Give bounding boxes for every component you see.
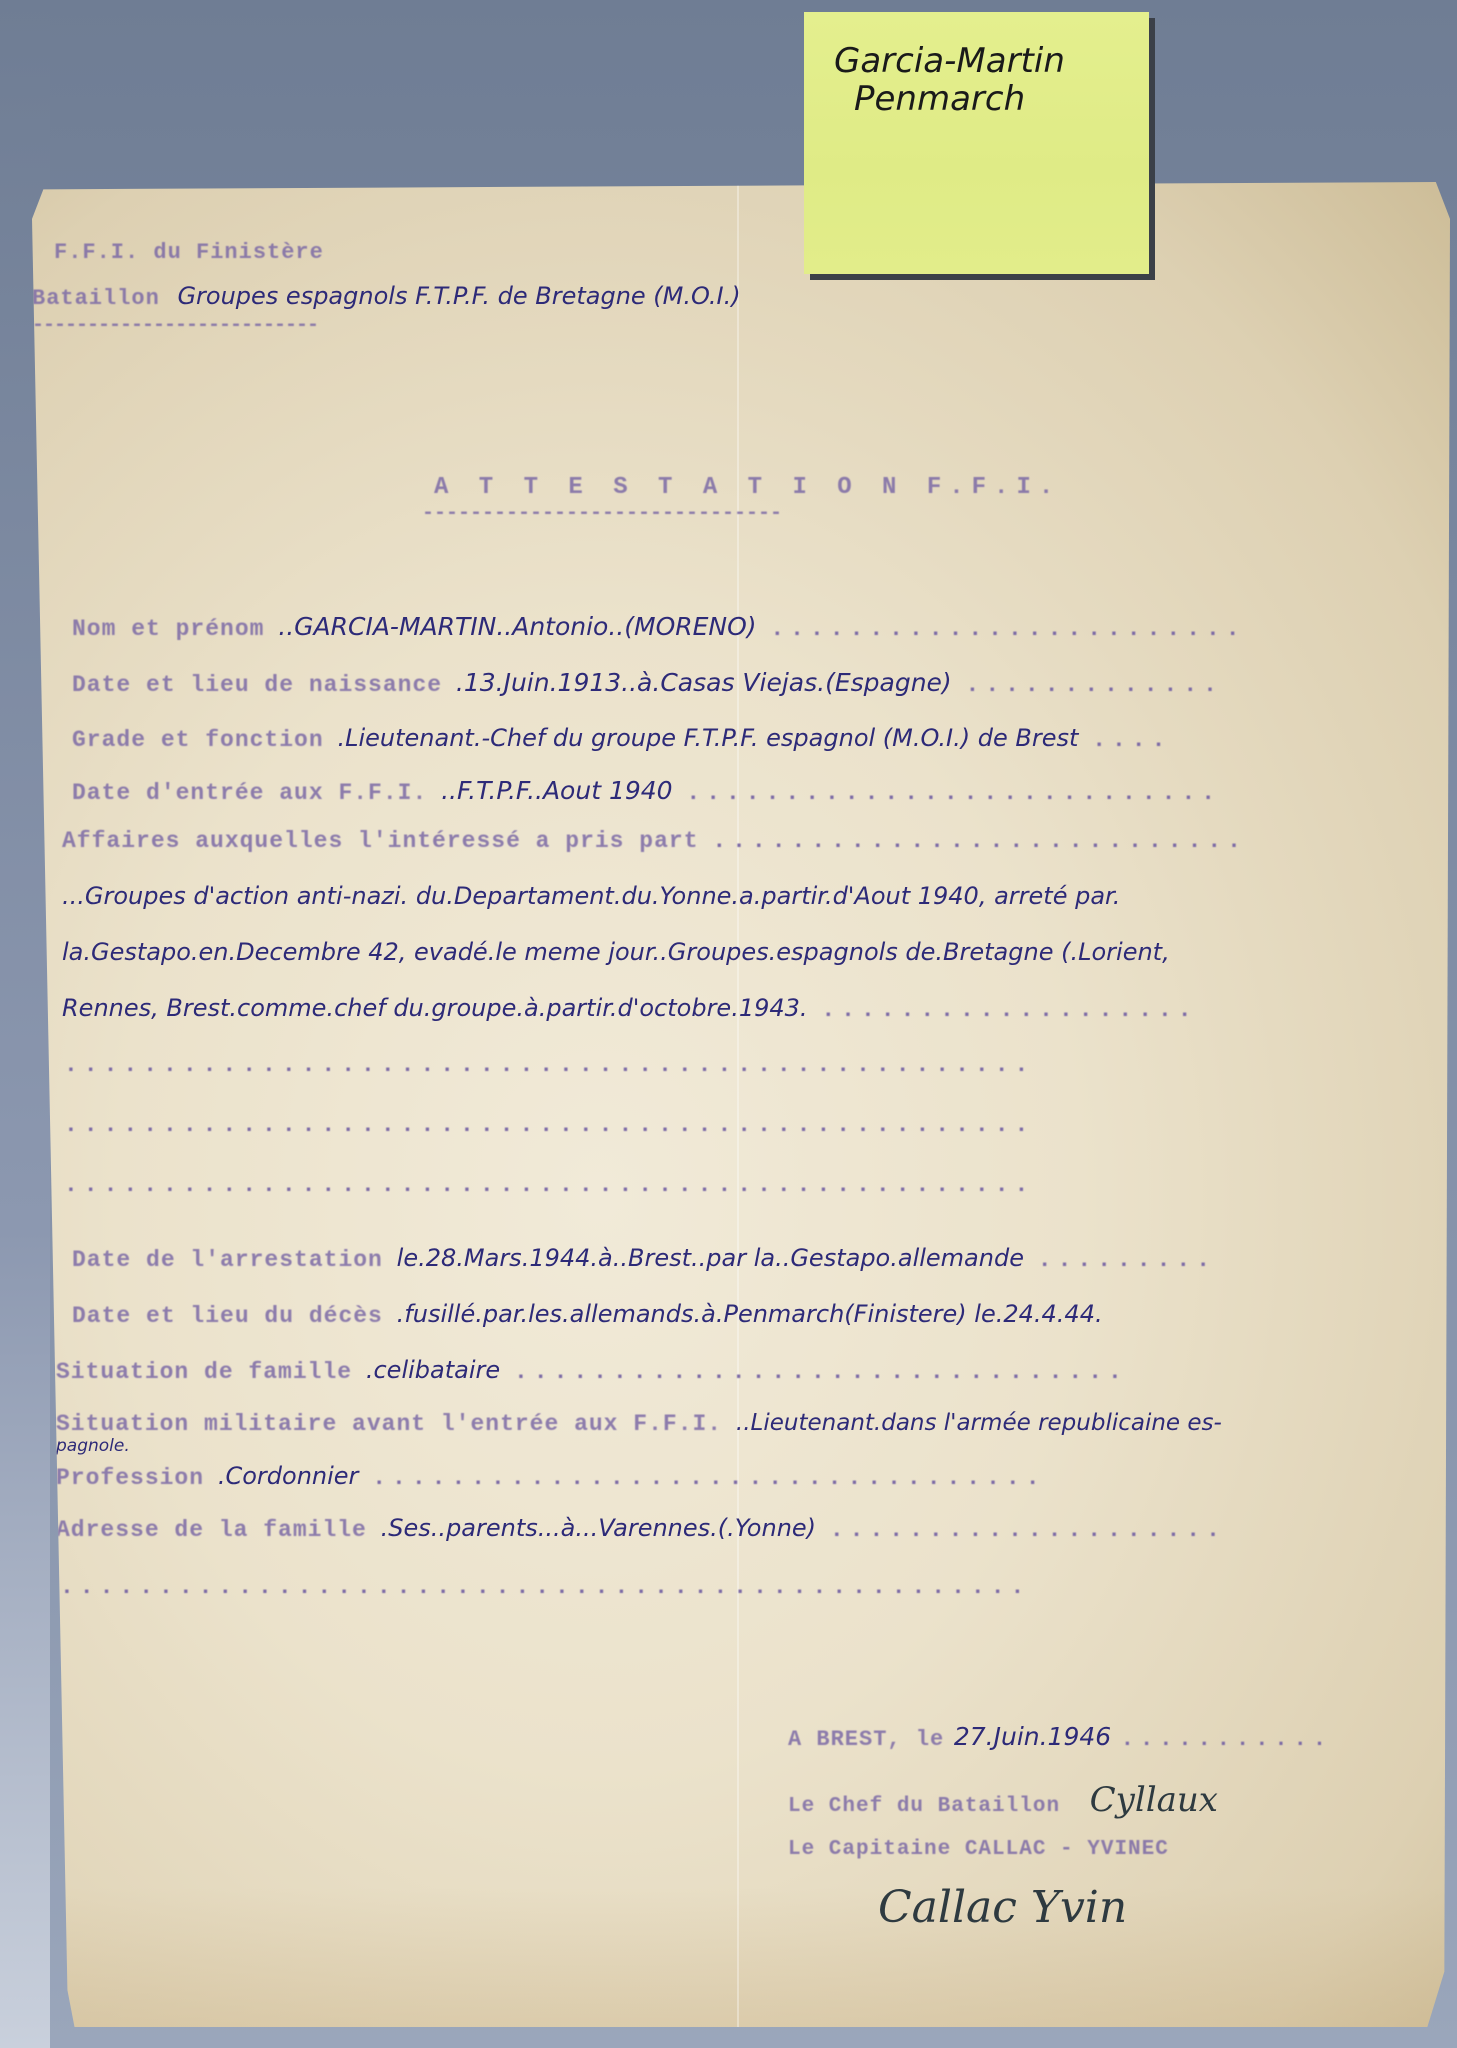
dot-leader: ...........................: [686, 780, 1221, 806]
sticky-note: Garcia-Martin Penmarch: [804, 12, 1149, 274]
field-value-continued: pagnole.: [56, 1436, 130, 1456]
chef-row: Le Chef du Bataillon Cyllaux: [788, 1780, 1218, 1820]
field-value: .Ses..parents...à...Varennes.(.Yonne): [381, 1514, 816, 1542]
field-row-family: Situation de famille .celibataire ......…: [56, 1356, 1128, 1385]
blank-dotted-line: ........................................…: [60, 1574, 1030, 1600]
title-underline: ------------------------------: [422, 502, 782, 525]
affairs-line-1: ...Groupes d'action anti-nazi. du.Depart…: [62, 882, 1120, 910]
capitaine-signature: Callac Yvin: [878, 1882, 1127, 1933]
field-label: Situation militaire avant l'entrée aux F…: [56, 1411, 722, 1437]
battalion-value: Groupes espagnols F.T.P.F. de Bretagne (…: [177, 282, 740, 310]
affairs-line-3-row: Rennes, Brest.comme.chef du.groupe.à.par…: [62, 994, 1198, 1023]
field-label: Profession: [56, 1465, 204, 1491]
field-row-birth: Date et lieu de naissance .13.Juin.1913.…: [72, 668, 1223, 698]
place-date-row: A BREST, le 27.Juin.1946 ...........: [788, 1722, 1332, 1752]
battalion-line: Bataillon Groupes espagnols F.T.P.F. de …: [32, 282, 741, 311]
field-value: ..GARCIA-MARTIN..Antonio..(MORENO): [278, 612, 756, 641]
dot-leader: ........................: [770, 616, 1245, 642]
dot-leader: ...............................: [514, 1359, 1128, 1385]
sticky-note-line1: Garcia-Martin: [834, 42, 1065, 80]
field-row-entry: Date d'entrée aux F.F.I. ..F.T.P.F..Aout…: [72, 776, 1221, 806]
chef-signature: Cyllaux: [1090, 1780, 1218, 1820]
capitaine-label: Le Capitaine CALLAC - YVINEC: [788, 1838, 1169, 1861]
chef-label: Le Chef du Bataillon: [788, 1795, 1060, 1818]
field-row-grade: Grade et fonction .Lieutenant.-Chef du g…: [72, 724, 1171, 753]
field-label: Grade et fonction: [72, 727, 324, 753]
affairs-line-2: la.Gestapo.en.Decembre 42, evadé.le meme…: [62, 938, 1170, 966]
dot-leader: ..................................: [372, 1465, 1045, 1491]
affairs-line-3: Rennes, Brest.comme.chef du.groupe.à.par…: [62, 994, 808, 1022]
dot-leader: .........: [1038, 1247, 1216, 1273]
field-label: Affaires auxquelles l'intéressé a pris p…: [62, 828, 699, 854]
field-row-affairs: Affaires auxquelles l'intéressé a pris p…: [62, 828, 1247, 854]
field-label: Date d'entrée aux F.F.I.: [72, 780, 427, 806]
sticky-note-line2: Penmarch: [834, 80, 1065, 118]
dot-leader: ....: [1092, 727, 1171, 753]
field-row-profession: Profession .Cordonnier .................…: [56, 1462, 1046, 1491]
place-date-label: A BREST, le: [788, 1727, 944, 1752]
dot-leader: ...........................: [712, 828, 1247, 854]
battalion-label: Bataillon: [32, 286, 160, 311]
blank-dotted-line: ........................................…: [64, 1172, 1034, 1198]
field-row-military: Situation militaire avant l'entrée aux F…: [56, 1410, 1222, 1437]
field-value: le.28.Mars.1944.à..Brest..par la..Gestap…: [397, 1244, 1024, 1272]
field-value: .13.Juin.1913..à.Casas Viejas.(Espagne): [456, 668, 952, 697]
field-value: .fusillé.par.les.allemands.à.Penmarch(Fi…: [397, 1300, 1103, 1328]
dot-leader: ...................: [821, 997, 1197, 1023]
field-value: ..Lieutenant.dans l'armée republicaine e…: [736, 1410, 1222, 1436]
paper-fold: [737, 182, 739, 2027]
field-row-address: Adresse de la famille .Ses..parents...à.…: [56, 1514, 1226, 1543]
organization: F.F.I. du Finistère: [54, 240, 324, 265]
field-value: ..F.T.P.F..Aout 1940: [441, 776, 673, 805]
dot-leader: .............: [966, 672, 1223, 698]
header-underline: --------------------------: [32, 314, 318, 337]
field-label: Date et lieu de naissance: [72, 672, 442, 698]
blank-dotted-line: ........................................…: [64, 1052, 1034, 1078]
field-label: Adresse de la famille: [56, 1517, 367, 1543]
place-date-value: 27.Juin.1946: [954, 1722, 1111, 1751]
field-value: .celibataire: [366, 1356, 500, 1384]
document-page: F.F.I. du Finistère Bataillon Groupes es…: [32, 182, 1450, 2027]
field-value: .Cordonnier: [218, 1462, 359, 1490]
field-row-death: Date et lieu du décès .fusillé.par.les.a…: [72, 1300, 1103, 1329]
dot-leader: ...........: [1121, 1727, 1332, 1752]
blank-dotted-line: ........................................…: [64, 1112, 1034, 1138]
field-label: Situation de famille: [56, 1359, 352, 1385]
document-title: A T T E S T A T I O N F.F.I.: [434, 474, 1061, 501]
field-label: Nom et prénom: [72, 616, 264, 642]
field-label: Date de l'arrestation: [72, 1247, 383, 1273]
field-row-name: Nom et prénom ..GARCIA-MARTIN..Antonio..…: [72, 612, 1246, 642]
field-label: Date et lieu du décès: [72, 1303, 383, 1329]
dot-leader: ....................: [830, 1517, 1226, 1543]
field-value: .Lieutenant.-Chef du groupe F.T.P.F. esp…: [337, 724, 1078, 752]
field-row-arrest: Date de l'arrestation le.28.Mars.1944.à.…: [72, 1244, 1216, 1273]
